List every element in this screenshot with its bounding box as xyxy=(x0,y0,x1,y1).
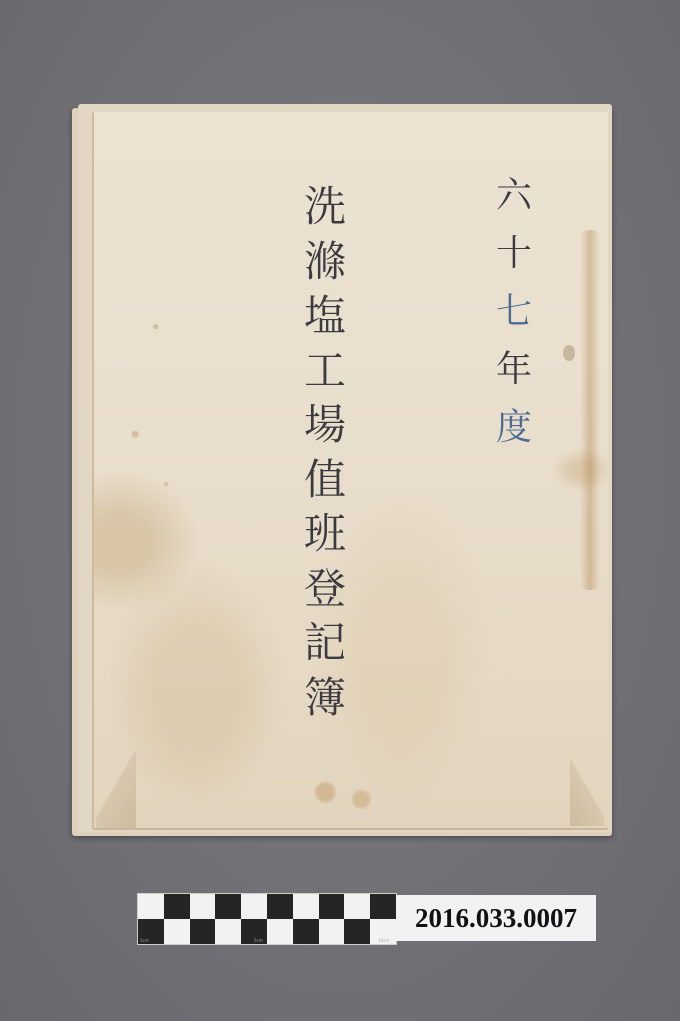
title-char: 登 xyxy=(304,568,346,623)
color-scale-bar xyxy=(137,893,397,945)
title-char: 班 xyxy=(304,513,346,568)
scale-square xyxy=(344,919,370,944)
tear-mark xyxy=(563,345,575,361)
scale-square xyxy=(215,919,241,944)
title-char: 洗 xyxy=(304,186,346,241)
scale-square xyxy=(190,919,216,944)
scale-square xyxy=(319,919,345,944)
scale-square xyxy=(293,919,319,944)
year-char: 度 xyxy=(496,410,532,468)
scale-square xyxy=(344,894,370,919)
accession-number: 2016.033.0007 xyxy=(415,903,577,934)
title-char: 記 xyxy=(304,622,346,677)
scale-square xyxy=(293,894,319,919)
scale-square xyxy=(267,919,293,944)
stain-right-edge xyxy=(580,230,600,590)
scale-square xyxy=(164,919,190,944)
title-char: 塩 xyxy=(304,295,346,350)
title-char: 滌 xyxy=(304,241,346,296)
title-char: 簿 xyxy=(304,677,346,732)
scale-square xyxy=(164,894,190,919)
scale-square xyxy=(241,894,267,919)
scale-label-1cm: 1cm xyxy=(140,938,149,943)
year-char: 六 xyxy=(496,178,532,236)
corner-fold-left xyxy=(96,752,136,828)
scale-square xyxy=(370,894,396,919)
scale-square xyxy=(319,894,345,919)
scale-square xyxy=(138,894,164,919)
scale-square xyxy=(215,894,241,919)
title-char: 值 xyxy=(304,459,346,514)
year-char: 七 xyxy=(496,294,532,352)
cover-year: 六 十 七 年 度 xyxy=(496,178,532,468)
cover-title: 洗 滌 塩 工 場 值 班 登 記 簿 xyxy=(304,186,346,731)
accession-number-label: 2016.033.0007 xyxy=(396,895,596,941)
scale-label-5cm: 5cm xyxy=(254,938,263,943)
title-char: 場 xyxy=(304,404,346,459)
scale-square xyxy=(267,894,293,919)
corner-fold-right xyxy=(570,760,604,826)
scale-square xyxy=(190,894,216,919)
year-char: 十 xyxy=(496,236,532,294)
year-char: 年 xyxy=(496,352,532,410)
title-char: 工 xyxy=(304,350,346,405)
scale-label-10cm: 10cm xyxy=(378,938,389,943)
